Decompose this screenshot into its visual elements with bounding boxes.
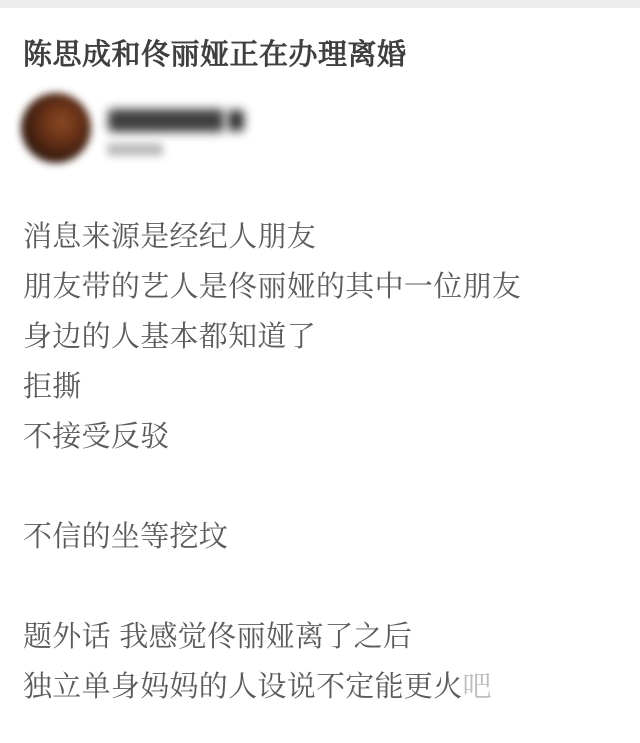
author-row[interactable]	[0, 85, 640, 175]
post-line-text: 独立单身妈妈的人设说不定能更火	[23, 671, 463, 703]
post-body: 消息来源是经纪人朋友 朋友带的艺人是佟丽娅的其中一位朋友 身边的人基本都知道了 …	[23, 212, 623, 712]
avatar[interactable]	[21, 93, 91, 163]
post-line-blank	[23, 462, 623, 512]
post-line: 不信的坐等挖坟	[23, 512, 623, 562]
post-line: 拒撕	[23, 362, 623, 412]
author-name-blurred-end	[228, 110, 244, 131]
post-line: 题外话 我感觉佟丽娅离了之后	[23, 612, 623, 662]
post-line: 消息来源是经纪人朋友	[23, 212, 623, 262]
top-edge-strip	[0, 0, 640, 8]
post-title: 陈思成和佟丽娅正在办理离婚	[23, 33, 407, 77]
post-line-blank	[23, 562, 623, 612]
post-line: 不接受反驳	[23, 412, 623, 462]
post-line-faded-char: 吧	[463, 671, 492, 703]
post-line: 独立单身妈妈的人设说不定能更火吧	[23, 662, 623, 712]
post-line: 朋友带的艺人是佟丽娅的其中一位朋友	[23, 262, 623, 312]
author-name-blurred	[108, 109, 224, 132]
post-line: 身边的人基本都知道了	[23, 312, 623, 362]
post-timestamp-blurred	[107, 143, 163, 156]
post-page: 陈思成和佟丽娅正在办理离婚 消息来源是经纪人朋友 朋友带的艺人是佟丽娅的其中一位…	[0, 0, 640, 743]
